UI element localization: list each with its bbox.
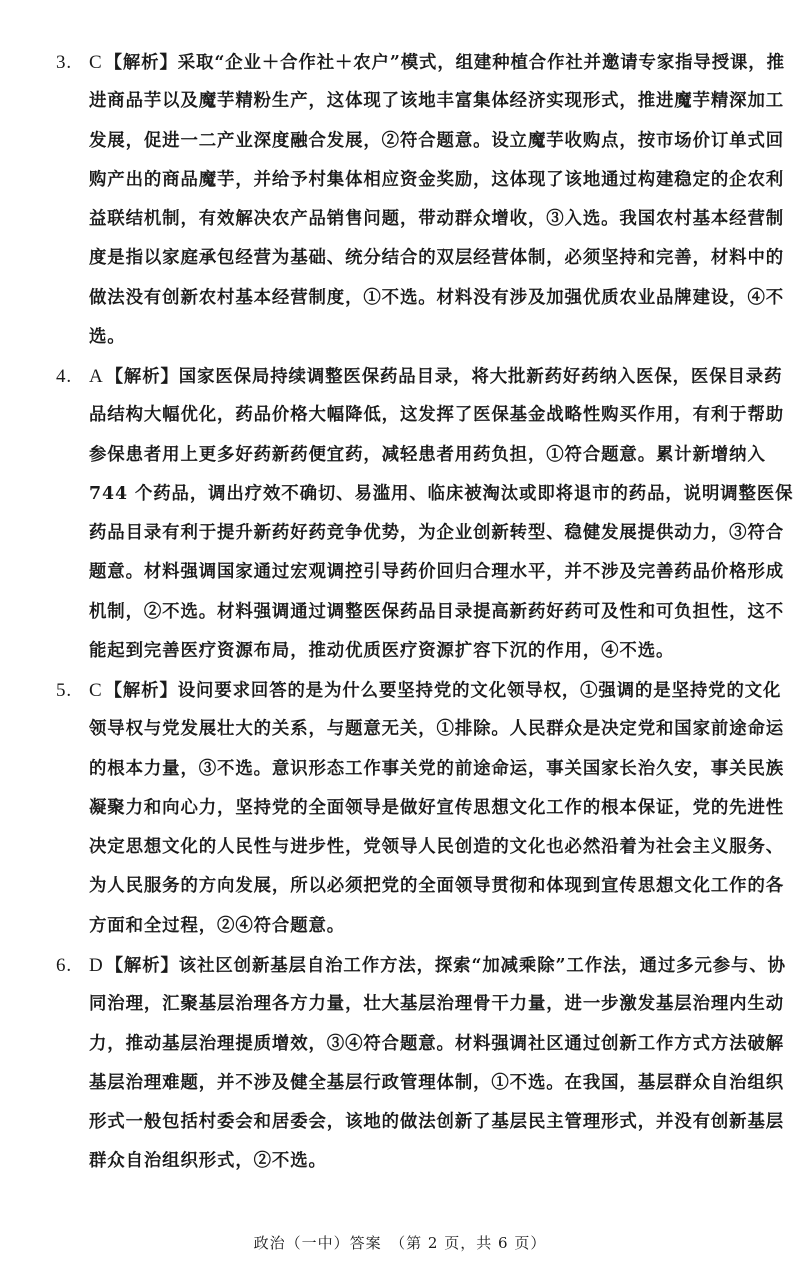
analysis-text: 药品目录有利于提升新药好药竞争优势，为企业创新转型、稳健发展提供动力，③符合 — [56, 514, 772, 553]
answer-choice: A — [89, 366, 104, 387]
question-number: 4. — [56, 357, 72, 396]
analysis-tag: 【解析】 — [105, 681, 178, 701]
analysis-text: 凝聚力和向心力，坚持党的全面领导是做好宣传思想文化工作的根本保证，党的先进性 — [56, 789, 772, 828]
answer-item-first-line: 6.D【解析】该社区创新基层自治工作方法，探索“加减乘除”工作法，通过多元参与、… — [56, 946, 772, 985]
question-number: 5. — [56, 671, 72, 710]
analysis-text: 机制，②不选。材料强调通过调整医保药品目录提高新药好药可及性和可负担性，这不 — [56, 593, 772, 632]
analysis-tag: 【解析】 — [105, 53, 178, 73]
analysis-text: 领导权与党发展壮大的关系，与题意无关，①排除。人民群众是决定党和国家前途命运 — [56, 710, 772, 749]
answer-page: 3.C【解析】采取“企业＋合作社＋农户”模式，组建种植合作社并邀请专家指导授课，… — [0, 0, 800, 1282]
analysis-text: 进商品芋以及魔芋精粉生产，这体现了该地丰富集体经济实现形式，推进魔芋精深加工 — [56, 82, 772, 121]
answer-item-first-line: 3.C【解析】采取“企业＋合作社＋农户”模式，组建种植合作社并邀请专家指导授课，… — [56, 43, 772, 82]
answer-item-5: 5.C【解析】设问要求回答的是为什么要坚持党的文化领导权，①强调的是坚持党的文化… — [56, 671, 772, 946]
analysis-text: 为人民服务的方向发展，所以必须把党的全面领导贯彻和体现到宣传思想文化工作的各 — [56, 867, 772, 906]
analysis-text: 力，推动基层治理提质增效，③④符合题意。材料强调社区通过创新工作方式方法破解 — [56, 1025, 772, 1064]
analysis-text: 方面和全过程，②④符合题意。 — [56, 907, 772, 946]
analysis-text: 品结构大幅优化，药品价格大幅降低，这发挥了医保基金战略性购买作用，有利于帮助 — [56, 396, 772, 435]
analysis-text: 该社区创新基层自治工作方法，探索“加减乘除”工作法，通过多元参与、协 — [179, 956, 786, 976]
analysis-text: 度是指以家庭承包经营为基础、统分结合的双层经营体制，必须坚持和完善，材料中的 — [56, 239, 772, 278]
answer-item-first-line: 5.C【解析】设问要求回答的是为什么要坚持党的文化领导权，①强调的是坚持党的文化 — [56, 671, 772, 710]
question-number: 3. — [56, 43, 72, 82]
analysis-text: 能起到完善医疗资源布局，推动优质医疗资源扩容下沉的作用，④不选。 — [56, 632, 772, 671]
analysis-text: 题意。材料强调国家通过宏观调控引导药价回归合理水平，并不涉及完善药品价格形成 — [56, 553, 772, 592]
analysis-text: 群众自治组织形式，②不选。 — [56, 1142, 772, 1181]
analysis-tag: 【解析】 — [106, 956, 179, 976]
analysis-text: 基层治理难题，并不涉及健全基层行政管理体制，①不选。在我国，基层群众自治组织 — [56, 1064, 772, 1103]
analysis-text: 国家医保局持续调整医保药品目录，将大批新药好药纳入医保，医保目录药 — [179, 367, 783, 387]
analysis-text: 744 个药品，调出疗效不确切、易滥用、临床被淘汰或即将退市的药品，说明调整医保 — [56, 475, 772, 514]
analysis-text: 的根本力量，③不选。意识形态工作事关党的前途命运，事关国家长治久安，事关民族 — [56, 750, 772, 789]
analysis-tag: 【解析】 — [106, 367, 179, 387]
answer-item-6: 6.D【解析】该社区创新基层自治工作方法，探索“加减乘除”工作法，通过多元参与、… — [56, 946, 772, 1182]
question-number: 6. — [56, 946, 72, 985]
page-footer: 政治（一中）答案 （第 2 页，共 6 页） — [0, 1232, 800, 1253]
analysis-text: 设问要求回答的是为什么要坚持党的文化领导权，①强调的是坚持党的文化 — [178, 681, 782, 701]
analysis-text: 购产出的商品魔芋，并给予村集体相应资金奖励，这体现了该地通过构建稳定的企农利 — [56, 161, 772, 200]
answer-item-first-line: 4.A【解析】国家医保局持续调整医保药品目录，将大批新药好药纳入医保，医保目录药 — [56, 357, 772, 396]
analysis-text: 做法没有创新农村基本经营制度，①不选。材料没有涉及加强优质农业品牌建设，④不 — [56, 279, 772, 318]
answer-choice: C — [89, 680, 103, 701]
analysis-text: 发展，促进一二产业深度融合发展，②符合题意。设立魔芋收购点，按市场价订单式回 — [56, 122, 772, 161]
answer-item-3: 3.C【解析】采取“企业＋合作社＋农户”模式，组建种植合作社并邀请专家指导授课，… — [56, 43, 772, 357]
answer-choice: D — [89, 955, 104, 976]
analysis-text: 形式一般包括村委会和居委会，该地的做法创新了基层民主管理形式，并没有创新基层 — [56, 1103, 772, 1142]
analysis-text: 选。 — [56, 318, 772, 357]
analysis-text: 益联结机制，有效解决农产品销售问题，带动群众增收，③入选。我国农村基本经营制 — [56, 200, 772, 239]
analysis-text: 同治理，汇聚基层治理各方力量，壮大基层治理骨干力量，进一步激发基层治理内生动 — [56, 985, 772, 1024]
analysis-text: 决定思想文化的人民性与进步性，党领导人民创造的文化也必然沿着为社会主义服务、 — [56, 828, 772, 867]
analysis-text: 参保患者用上更多好药新药便宜药，减轻患者用药负担，①符合题意。累计新增纳入 — [56, 436, 772, 475]
answer-choice: C — [89, 52, 103, 73]
analysis-text: 采取“企业＋合作社＋农户”模式，组建种植合作社并邀请专家指导授课，推 — [178, 53, 785, 73]
answer-item-4: 4.A【解析】国家医保局持续调整医保药品目录，将大批新药好药纳入医保，医保目录药… — [56, 357, 772, 671]
